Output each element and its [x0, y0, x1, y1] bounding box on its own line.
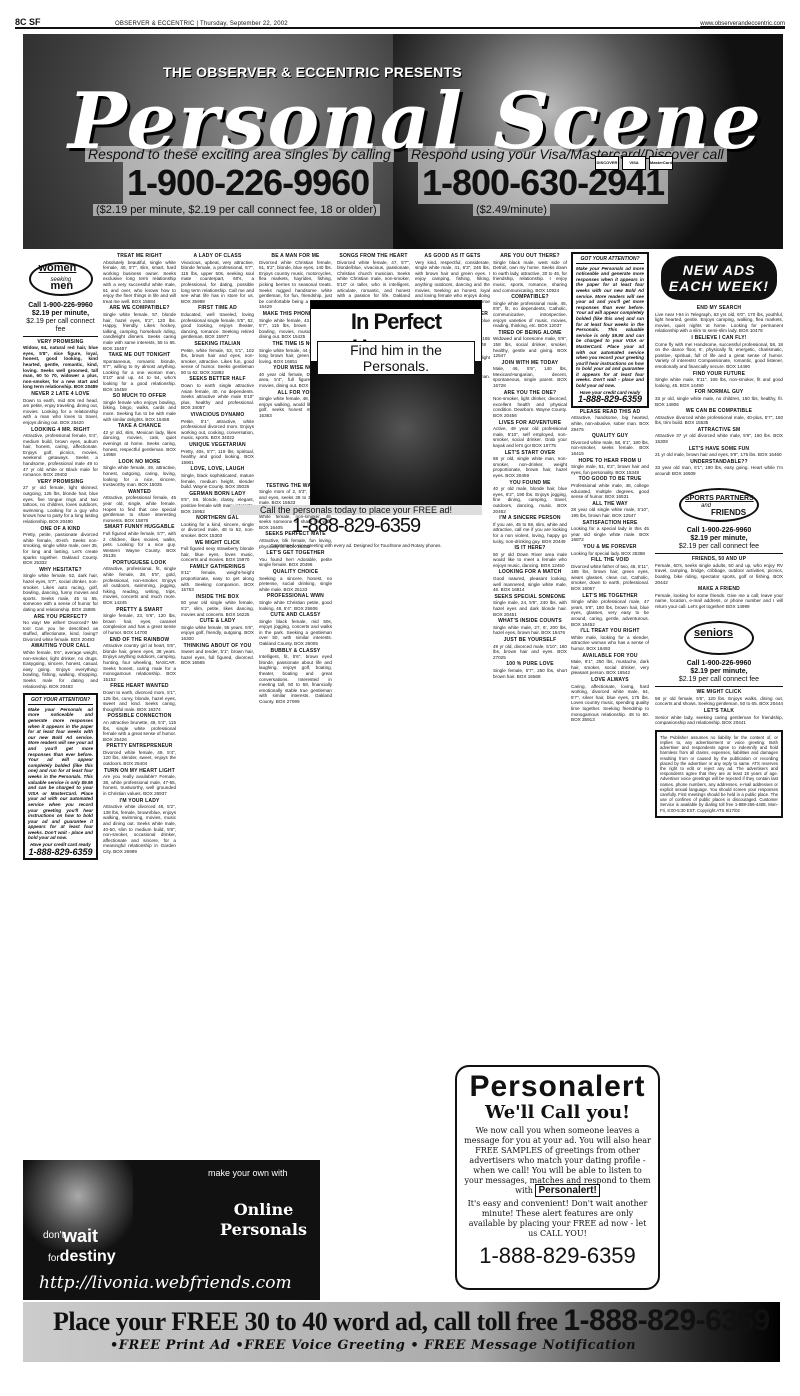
column-1: women seeking men Call 1-900-226-9960 $2…: [23, 252, 98, 860]
left-phone: 1-900-226-9960: [123, 162, 373, 204]
harmony-subheadline: Find him in the Personals.: [317, 341, 475, 375]
ad-listing: YOU & ME FOREVERLooking for special lady…: [571, 545, 649, 556]
ad-listing: FILL THE VOIDDivorced white father of tw…: [571, 558, 649, 592]
ad-listing: JOIN WITH ME TODAYMale, 46, 5'9", 140 lb…: [493, 361, 567, 389]
ad-listing: I'LL TREAT YOU RIGHTWhite male, looking …: [571, 629, 649, 651]
ad-listing: YOU FOUND ME40 yr old male, blonde hair,…: [493, 481, 567, 515]
ad-listing: WHY HESITATE?Single white female, 52, da…: [23, 568, 98, 613]
ad-listing: PRETTY & SMARTSingle female, 23, 5'6", 1…: [103, 608, 176, 636]
column-3: A LADY OF CLASSVivacious, upbeat, very a…: [181, 252, 254, 667]
ad-listing: SEEKS SPECIAL SOMEONESingle male, 24, 5'…: [493, 595, 567, 617]
ad-listing: LET'S ME TOGETHERSingle white profession…: [571, 594, 649, 628]
ad-listing: FAMILY GATHERINGS5'11" female, weight-he…: [181, 565, 254, 593]
ad-listing: IS IT HERE?50 yr old Down River area mal…: [493, 546, 567, 568]
ad-listing: TAKE A CHANCE42 yr old, slim, Mexican la…: [103, 424, 176, 458]
harmony-call-block: Call the personals today to place your F…: [230, 505, 482, 560]
column-9: NEW ADS EACH WEEK! END MY SEARCHLive nea…: [655, 252, 783, 818]
ad-listing: LOVE ALWAYSCaring, affectionate, loving,…: [571, 678, 649, 723]
personalert-headline: We'll Call you!: [463, 1103, 652, 1123]
call-info: Call 1-900-226-9960 $2.19 per minute, $2…: [655, 527, 783, 554]
ad-listing: WE CAN BE COMPATIBLEAttractive divorced …: [655, 409, 783, 426]
ad-listing: BUBBLY & CLASSYIntelligent, fit, 5'6", b…: [259, 649, 332, 705]
bold-ad-promo: GOT YOUR ATTENTION? Make your Personals …: [23, 693, 98, 860]
ad-listing: SATISFACTION HERELooking for a special l…: [571, 521, 649, 543]
ad-listing: VERY PROMISING27 yr old female, light sk…: [23, 480, 98, 525]
publisher-disclaimer: The Publisher assumes no liability for t…: [655, 730, 783, 818]
ad-listing: LOOKING FOR A MATCHGood natured, pleasan…: [493, 570, 567, 592]
ad-listing: TAKE ME OUT TONIGHTSpontaneous, romantic…: [103, 353, 176, 392]
ad-listing: ARE YOU PERFECT?No way! Me either! Divor…: [23, 615, 98, 643]
personalert-ad: Personalert We'll Call you! We now call …: [455, 1065, 660, 1290]
footer-headline: Place your FREE 30 to 40 word ad, call t…: [53, 1304, 770, 1338]
left-respond-text: Respond to these exciting area singles b…: [85, 146, 394, 162]
ad-listing: PRETTY ENTREPRENEURDivorced white female…: [103, 744, 176, 766]
ad-listing: NEVER 2 LATE 4 LOVEDown to earth, mid 60…: [23, 392, 98, 426]
footer-phone: 1-888-829-6359: [563, 1304, 770, 1337]
ad-listing: LOOK NO MORESingle white female, 49, att…: [103, 460, 176, 488]
right-respond-text: Respond using your Visa/Mastercard/Disco…: [408, 146, 727, 162]
ad-listing: TREAT ME RIGHTAbsolutely beautiful, sing…: [103, 254, 176, 304]
harmony-call-text: Call the personals today to place your F…: [230, 505, 482, 515]
got-your-attention-box: GOT YOUR ATTENTION? Make your Personals …: [571, 252, 649, 408]
ad-listing: I'M YOUR LADYAttractive white divorced 4…: [103, 799, 176, 855]
column-8: GOT YOUR ATTENTION? Make your Personals …: [571, 252, 649, 724]
ad-listing: LET'S START OVER68 yr old, single white …: [493, 451, 567, 479]
personal-scene-banner: THE OBSERVER & ECCENTRIC PRESENTS Person…: [23, 34, 783, 249]
ad-listing: POSSIBLE CONNECTIONAn attractive brunett…: [103, 714, 176, 742]
ad-listing: FOR NORMAL GUY33 yr old, single white ma…: [655, 390, 783, 407]
ad-listing: THINKING ABOUT OF YOUSweet and tender, 5…: [181, 644, 254, 666]
call-info: Call 1-900-226-9960 $2.19 per minute, $2…: [23, 302, 98, 337]
masthead: OBSERVER & ECCENTRIC | Thursday, Septemb…: [115, 21, 700, 27]
column-7: ARE YOU OUT THERE?Single black male, wes…: [493, 252, 567, 680]
ad-listing: LOVE, LOVE, LAUGHSingle, black sophistic…: [181, 467, 254, 489]
call-info: Call 1-900-226-9960 $2.19 per minute, $2…: [655, 660, 783, 687]
ad-listing: ONE OF A KINDPretty, petite, passionate …: [23, 527, 98, 566]
ad-listing: INSIDE THE BOX50 year old single white f…: [181, 595, 254, 617]
ad-listing: FIND YOUR FUTURESingle white male, 5'11"…: [655, 372, 783, 389]
ad-listing: PLEASE READ THIS ADAttractive, handsome,…: [571, 410, 649, 432]
ad-listing: UNIQUE VEGETARIANPretty, 40s, 5'7", 119 …: [181, 443, 254, 465]
personalert-body: We now call you when someone leaves a me…: [463, 1126, 652, 1196]
website-link[interactable]: www.observerandeccentric.com: [700, 21, 785, 27]
ad-listing: VERY PROMISINGWidow, 64, natural red hai…: [23, 340, 98, 390]
personalert-inline-logo: Personalert!: [535, 1184, 599, 1197]
ad-listing: LET'S HAVE SOME FUN21 yr old male, brown…: [655, 447, 783, 458]
ad-listing: UNDERSTANDABLE??33 year old man, 6'1", 1…: [655, 460, 783, 477]
ad-listing: FREE HEART WANTEDDown to earth, divorced…: [103, 684, 176, 712]
visa-card-icon: VISA: [622, 156, 646, 170]
ad-listing: QUALITY GUYDivorced white male, 58, 6'1"…: [571, 434, 649, 456]
ad-listing: WANTEDAttractive, professional female, 4…: [103, 490, 176, 524]
ad-listing: HOPE TO HEAR FROM USingle male, 51, 6'2"…: [571, 459, 649, 476]
sports-partners-logo: SPORTS PARTNERS and FRIENDS: [655, 478, 783, 528]
ad-listing: ARE WE COMPATIBLE?Single white female, 5…: [103, 306, 176, 351]
ad-listing: 100 % PURE LOVESingle female, 5'7", 250 …: [493, 662, 567, 679]
harmony-phone: 1-888-829-6359: [230, 515, 482, 538]
right-fee: ($2.49/minute): [473, 204, 550, 216]
footer-features: •FREE Print Ad •FREE Voice Greeting • FR…: [110, 1338, 636, 1353]
ad-listing: JUST BE YOURSELF49 yr old, divorced male…: [493, 638, 567, 660]
ad-listing: VIVACIOUS DYNAMOPetite, 5'1", attractive…: [181, 413, 254, 441]
mastercard-icon: MasterCard: [649, 156, 673, 170]
ad-listing: LIVES FOR ADVENTUREActive, 49 year old p…: [493, 421, 567, 449]
page-number: 8C SF: [15, 17, 115, 27]
ad-listing: WE MIGHT CLICK58 yr old female, 5'6", 12…: [655, 690, 783, 707]
ad-listing: A LADY OF CLASSVivacious, upbeat, very a…: [181, 254, 254, 304]
ad-listing: END MY SEARCHLive near I-94 in Telegraph…: [655, 306, 783, 334]
ad-listing: PROFESSIONAL WWNSingle white Christian p…: [259, 594, 332, 611]
ad-listing: QUALITY CHOICESeeking a sincere, honest,…: [259, 570, 332, 592]
ad-listing: CUTE & LADYSingle white female, 55 years…: [181, 619, 254, 641]
ad-listing: I'M A SINCERE PERSONIf you are, 45 to 58…: [493, 516, 567, 544]
personalert-phone: 1-888-829-6359: [463, 1243, 652, 1269]
ad-listing: SEEKS BETTER HALFDown to earth single at…: [181, 377, 254, 411]
perfect-harmony-ad: In Perfect Harmony Find him in the Perso…: [310, 300, 482, 515]
ad-listing: FRIENDS, 50 AND UPFemale, 60's, seeks si…: [655, 557, 783, 585]
personalert-body-2: It's easy and convenient! Don't wait ano…: [463, 1199, 652, 1239]
seniors-logo: seniors: [655, 611, 783, 661]
harmony-note: Guaranteed voice greeting with every ad.…: [230, 543, 482, 548]
ad-listing: FIRST TIME ADEducated, well traveled, lo…: [181, 306, 254, 340]
ad-listing: TURN ON MY HEART LIGHTAre you really ava…: [103, 769, 176, 797]
ad-listing: SMART FUNNY HUGGABLEFull figured white f…: [103, 525, 176, 559]
credit-cards: DISCOVER VISA MasterCard: [595, 156, 673, 170]
ad-listing: TIRED OF BEING ALONEWidowed and lonesome…: [493, 331, 567, 359]
personalert-logo: Personalert: [463, 1071, 652, 1103]
ad-listing: WHAT'S INSIDE COUNTSSingle white male, 2…: [493, 619, 567, 636]
ad-listing: COMPATIBLE?Single white professional mal…: [493, 295, 567, 329]
ad-listing: SONGS FROM THE HEARTDivorced white femal…: [337, 254, 410, 304]
ad-listing: END OF THE RAINBOWAttractive country gir…: [103, 638, 176, 683]
ad-listing: CUTE AND CLASSYSingle black female, mid …: [259, 613, 332, 647]
left-fee: ($2.19 per minute, $2.19 per call connec…: [93, 204, 380, 216]
ad-listing: ALL THE WAY28 year old single white male…: [571, 502, 649, 519]
ad-listing: TOO GOOD TO BE TRUEProfessional white ma…: [571, 477, 649, 499]
ad-listing: AWAITING YOUR CALLWhite female, 5'6", av…: [23, 644, 98, 689]
column-2: TREAT ME RIGHTAbsolutely beautiful, sing…: [103, 252, 176, 856]
discover-card-icon: DISCOVER: [595, 156, 619, 170]
footer-banner: Place your FREE 30 to 40 word ad, call t…: [23, 1302, 780, 1362]
ad-listing: AVAILABLE FOR YOUMale, 6'1", 250 lbs, mu…: [571, 654, 649, 676]
ad-listing: PORTUGUESE LOOKAttractive, professional,…: [103, 561, 176, 606]
ad-listing: SO MUCH TO OFFERSingle female who enjoys…: [103, 394, 176, 422]
webfriends-url-link[interactable]: http://livonia.webfriends.com: [23, 1268, 320, 1298]
new-ads-badge: NEW ADS EACH WEEK!: [661, 256, 777, 300]
ad-listing: ARE YOU OUT THERE?Single black male, wes…: [493, 254, 567, 293]
ad-listing: MAKE A FRIENDFemale, looking for some fr…: [655, 587, 783, 609]
ad-listing: SEEKING ITALIANPetite, white female, 53,…: [181, 342, 254, 376]
ad-listing: LOOKING 4 MR. RIGHTAttractive, professio…: [23, 428, 98, 478]
ad-listing: ATTRACTIVE SMAttractive 37 yr old divorc…: [655, 428, 783, 445]
ad-listing: ARE YOU THE ONE?Non-smoker, light drinke…: [493, 391, 567, 419]
women-seeking-men-logo: women seeking men: [23, 252, 98, 302]
ad-listing: LET'S TALKSenior white lady, seeking car…: [655, 709, 783, 726]
page-header: 8C SF OBSERVER & ECCENTRIC | Thursday, S…: [15, 15, 785, 29]
ad-listing: I BELIEVE I CAN FLY!Come fly with me! Ha…: [655, 336, 783, 370]
